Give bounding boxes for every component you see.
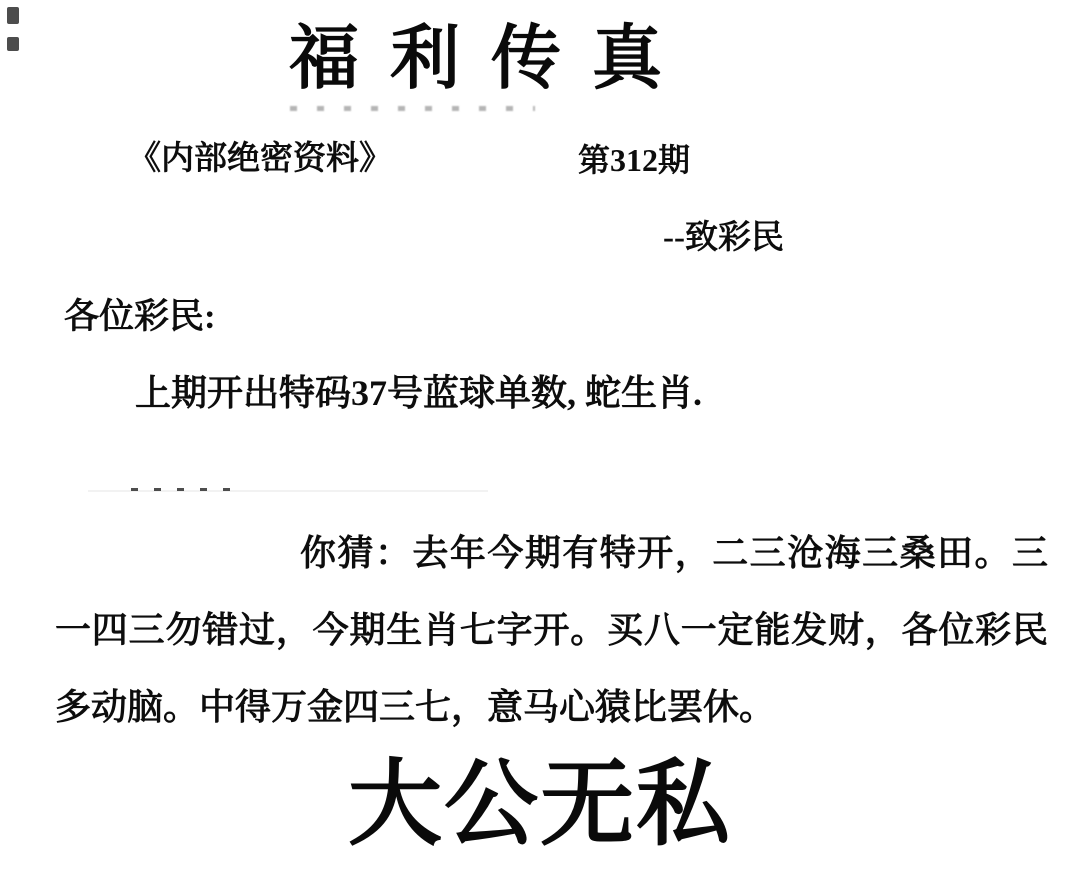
meta-row: 《内部绝密资料》 第312期 [0, 140, 1080, 182]
previous-draw-result: 上期开出特码37号蓝球单数, 蛇生肖. [135, 371, 702, 415]
hint-paragraph-line: 一四三勿错过，今期生肖七字开。买八一定能发财，各位彩民 [55, 607, 1048, 653]
slogan: 大公无私 [0, 750, 1080, 860]
scan-artifact-title-smudge [290, 106, 535, 111]
hint-paragraph-line: 多动脑。中得万金四三七，意马心猿比罢休。 [55, 684, 775, 730]
issue-number: 第312期 [578, 142, 690, 178]
salutation-line: 各位彩民: [64, 296, 216, 338]
classification-label: 《内部绝密资料》 [128, 140, 392, 178]
fax-document-page: 福利传真 《内部绝密资料》 第312期 --致彩民 各位彩民: 上期开出特码37… [0, 0, 1080, 887]
dedication-line: --致彩民 [663, 218, 784, 258]
document-title: 福利传真 [289, 16, 693, 100]
hint-paragraph-line: 你猜：去年今期有特开，二三沧海三桑田。三 [300, 530, 1048, 576]
